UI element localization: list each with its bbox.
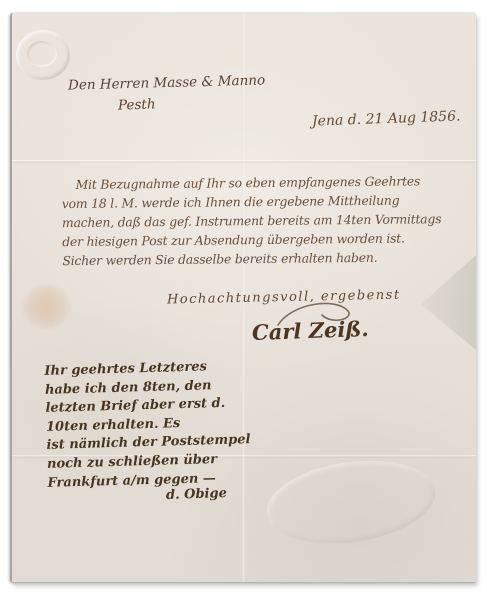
postscript: Ihr geehrtes Letzteres habe ich den 8ten… (44, 357, 252, 493)
embossed-seal (16, 30, 70, 80)
stain-spot (22, 285, 70, 329)
body-line: Sicher werden Sie dasselbe bereits erhal… (62, 247, 462, 270)
postscript-signoff: d. Obige (166, 486, 227, 503)
recipient-address: Den Herren Masse & Manno (68, 72, 266, 93)
recipient-city: Pesth (118, 96, 156, 113)
date-line: Jena d. 21 Aug 1856. (311, 108, 460, 129)
letter-body: Mit Bezugnahme auf Ihr so eben empfangen… (62, 171, 463, 270)
paper-sheet: Den Herren Masse & Manno Pesth Jena d. 2… (10, 13, 476, 583)
letter-photo: Den Herren Masse & Manno Pesth Jena d. 2… (0, 0, 487, 600)
edge-discoloration (421, 255, 476, 350)
paper-wrinkle (261, 451, 440, 554)
embossed-seal-inner (27, 41, 57, 67)
signature: Carl Zeiß. (252, 316, 369, 345)
